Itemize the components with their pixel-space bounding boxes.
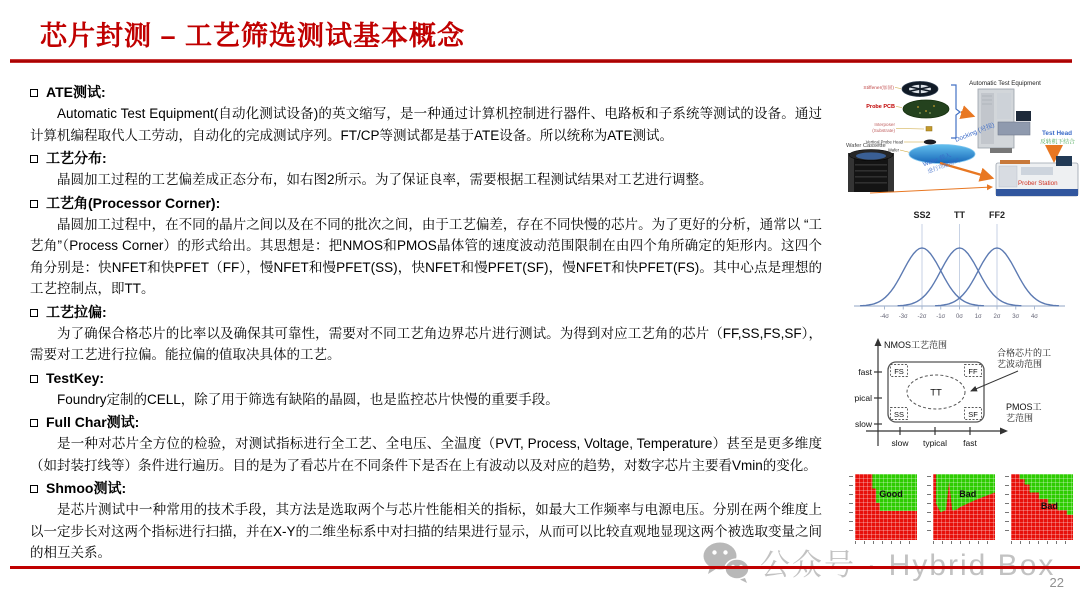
square-bullet-icon — [30, 309, 38, 317]
svg-text:TT: TT — [954, 210, 965, 220]
xtick-fast: fast — [963, 438, 977, 448]
docking-bracket — [951, 85, 960, 138]
section-heading-skew: 工艺拉偏: — [30, 301, 822, 323]
svg-text:SS2: SS2 — [913, 210, 930, 220]
corner-ss: SS — [894, 410, 904, 419]
wafer-cassette-label: Wafer Cassette — [846, 143, 886, 149]
square-bullet-icon — [30, 200, 38, 208]
slide: 芯片封测 – 工艺筛选测试基本概念 ATE测试: Automatic Test … — [0, 0, 1080, 608]
corner-ff: FF — [968, 367, 978, 376]
ate-machine-icon — [978, 89, 1031, 153]
section-body-fullchar: 是一种对芯片全方位的检验，对测试指标进行全工艺、全电压、全温度（PVT, Pro… — [30, 433, 822, 476]
square-bullet-icon — [30, 375, 38, 383]
wafer-cassette-icon — [848, 150, 894, 193]
page-number: 22 — [1050, 575, 1064, 590]
svg-text:-3σ: -3σ — [899, 314, 908, 320]
svg-text:3σ: 3σ — [1012, 314, 1019, 320]
shmoo-plot-bad-1: Bad — [926, 472, 997, 546]
shmoo-plot-good: Good — [848, 472, 919, 546]
corner-tt: TT — [930, 388, 942, 399]
xtick-typical: typical — [923, 438, 947, 448]
ate-label: Automatic Test Equipment — [969, 80, 1041, 87]
page-title: 芯片封测 – 工艺筛选测试基本概念 — [40, 14, 465, 53]
stiffener-label: Stiffener(加固) — [863, 84, 894, 91]
wafer-label: Wafer — [888, 148, 900, 153]
svg-text:-1σ: -1σ — [936, 314, 945, 320]
corner-fs: FS — [894, 367, 904, 376]
xtick-slow: slow — [891, 438, 909, 448]
section-heading-ate: ATE测试: — [30, 81, 822, 103]
watermark-text: 公众号 · Hybrid Box — [760, 540, 1055, 584]
ate-equipment-diagram: Stiffener(加固) Probe PCB Interposer (Subs… — [840, 76, 1080, 198]
square-bullet-icon — [30, 155, 38, 163]
wechat-icon — [700, 540, 752, 584]
process-corner-diagram: NMOS工艺范围 fast typical slow slow typical … — [854, 334, 1069, 462]
annotation-line2: 艺波动范围 — [997, 358, 1042, 369]
title-underline — [10, 59, 1072, 63]
section-body-skew: 为了确保合格芯片的比率以及确保其可靠性，需要对不同工艺角边界芯片进行测试。为得到… — [30, 323, 822, 366]
body-text: ATE测试: Automatic Test Equipment(自动化测试设备)… — [30, 80, 822, 564]
section-heading-testkey: TestKey: — [30, 367, 822, 389]
pmos-axis-label2: 艺范围 — [1006, 412, 1033, 423]
svg-text:-4σ: -4σ — [880, 314, 889, 320]
bottom-rule — [10, 566, 1080, 569]
shmoo-plot-bad-2: Bad — [1004, 472, 1075, 546]
svg-text:-2σ: -2σ — [917, 314, 926, 320]
ytick-typical: typical — [854, 393, 872, 403]
svg-text:FF2: FF2 — [989, 210, 1005, 220]
corner-sf: SF — [968, 410, 978, 419]
interposer-label2: (Substrate) — [872, 128, 895, 133]
section-heading-corner: 工艺角(Processor Corner): — [30, 192, 822, 214]
annotation-line1: 合格芯片的工 — [997, 347, 1051, 358]
square-bullet-icon — [30, 89, 38, 97]
stiffener-ring-icon — [902, 82, 938, 97]
svg-text:0σ: 0σ — [956, 314, 963, 320]
process-distribution-chart: -4σ-3σ-2σ-1σ0σ1σ2σ3σ4σSS2TTFF2 — [852, 204, 1067, 329]
svg-text:4σ: 4σ — [1031, 314, 1038, 320]
prober-machine-icon — [996, 156, 1078, 196]
interposer-label: Interposer — [874, 122, 895, 127]
test-head-note: 反转机下结合 — [1040, 138, 1075, 146]
svg-text:2σ: 2σ — [993, 314, 1000, 320]
figures-column: Stiffener(加固) Probe PCB Interposer (Subs… — [840, 76, 1080, 558]
square-bullet-icon — [30, 419, 38, 427]
watermark: 公众号 · Hybrid Box — [700, 540, 1055, 584]
pmos-axis-label: PMOS工 — [1006, 402, 1042, 412]
probe-pcb-label: Probe PCB — [866, 104, 895, 110]
ytick-slow: slow — [855, 419, 873, 429]
section-body-corner: 晶圆加工过程中，在不同的晶片之间以及在不同的批次之间，由于工艺偏差，存在不同快慢… — [30, 214, 822, 300]
test-head-label: Test Head — [1042, 130, 1072, 137]
probe-head-icon — [924, 140, 936, 144]
svg-text:1σ: 1σ — [975, 314, 982, 320]
ytick-fast: fast — [858, 367, 872, 377]
shmoo-label: Bad — [1041, 501, 1058, 511]
section-heading-fullchar: Full Char测试: — [30, 411, 822, 433]
shmoo-plots: Good Bad Bad — [848, 472, 1075, 546]
section-body-ate: Automatic Test Equipment(自动化测试设备)的英文缩写，是… — [30, 103, 822, 146]
section-heading-shmoo: Shmoo测试: — [30, 477, 822, 499]
shmoo-label: Good — [879, 489, 903, 499]
section-heading-distribution: 工艺分布: — [30, 147, 822, 169]
nmos-axis-label: NMOS工艺范围 — [884, 339, 947, 350]
section-body-distribution: 晶圆加工过程的工艺偏差成正态分布，如右图2所示。为了保证良率，需要根据工程测试结… — [30, 169, 822, 191]
interposer-icon — [926, 127, 932, 132]
probe-pcb-icon — [903, 100, 949, 118]
shmoo-label: Bad — [959, 489, 976, 499]
section-body-testkey: Foundry定制的CELL，除了用于筛选有缺陷的晶圆，也是监控芯片快慢的重要手… — [30, 389, 822, 411]
prober-label: Prober Station — [1018, 180, 1058, 187]
square-bullet-icon — [30, 485, 38, 493]
